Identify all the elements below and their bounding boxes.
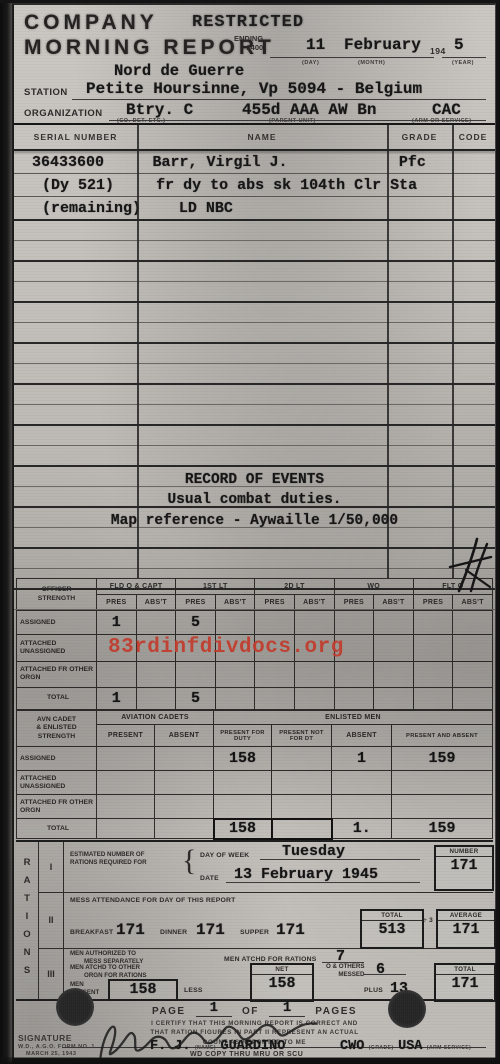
rations-vertical-label: RATIONS [16,842,39,999]
handwritten-check-mark [446,536,494,594]
form-header: COMPANY RESTRICTED MORNING REPORT ENDING… [14,5,495,123]
roster-table: SERIAL NUMBER NAME GRADE CODE 36433600 B… [14,123,495,578]
roster-header-row: SERIAL NUMBER NAME GRADE CODE [14,125,495,151]
enlisted-men-group: ENLISTED MEN [214,711,493,725]
number-box: NUMBER 171 [434,845,494,891]
column-divider [387,125,389,578]
em-absent-header: ABSENT [332,725,392,747]
blank-ruled-line [14,323,495,344]
blank-ruled-line [14,528,495,549]
blank-ruled-line [14,364,495,385]
company-title: COMPANY [24,11,158,35]
entry-name: Barr, Virgil J. [142,154,376,171]
org-service-value: CAC [432,101,461,119]
entry-grade: Pfc [377,154,457,171]
divide-by-three: ÷ 3 [423,917,433,925]
day-of-week-label: DAY OF WEEK [200,852,249,859]
blank-ruled-line [14,303,495,323]
supper-label: SUPPER [240,929,269,936]
column-divider [137,125,139,578]
men-present-box: 158 [108,979,178,1001]
blank-ruled-line [14,590,495,610]
record-of-events-title-line: RECORD OF EVENTS [14,467,495,487]
roster-entry-row: (remaining) LD NBC [14,197,495,221]
enlisted-attached-fr-row: ATTACHED FR OTHER ORGN [17,795,493,819]
morning-report-scan: COMPANY RESTRICTED MORNING REPORT ENDING… [0,0,500,1064]
roster-entry-row: (Dy 521) fr dy to abs sk 104th Clr Sta [14,174,495,197]
rations-content: ESTIMATED NUMBER OF RATIONS REQUIRED FOR… [64,842,493,999]
year-digit: 5 [454,36,464,54]
enlisted-strength-corner: AVN CADET & ENLISTED STRENGTH [17,711,97,747]
blank-ruled-line [14,221,495,241]
numeral-ii: II [39,893,63,949]
scan-top-edge [0,0,500,3]
entry-serial: 36433600 [14,154,142,171]
day-sublabel: (DAY) [302,60,319,66]
org-unit-value: Btry. C [126,101,193,119]
record-of-events-entry: Usual combat duties. [167,492,341,508]
year-underline [442,35,486,58]
ac-present-header: PRESENT [97,725,155,747]
em-present-and-absent-header: PRESENT AND ABSENT [392,725,493,747]
roster-entry-row: 36433600 Barr, Virgil J. Pfc [14,151,495,174]
em-present-for-duty-header: PRESENT FOR DUTY [214,725,272,747]
officer-attached-fr-row: ATTACHED FR OTHER ORGN [17,661,493,687]
rations-part-iii: MEN AUTHORIZED TO MESS SEPARATELY MEN AT… [64,949,493,999]
em-present-not-for-duty-header: PRESENT NOT FOR DT [272,725,332,747]
atchd-other-orgn-label: MEN ATCHD TO OTHER ORGN FOR RATIONS [70,964,146,980]
rations-total-box: TOTAL 171 [434,963,496,1002]
ending-label: ENDING 2400 [234,34,263,52]
blank-ruled-line [14,446,495,467]
plus-label: PLUS [364,987,383,994]
dinner-value: 171 [196,921,225,939]
rations-numerals: I II III [39,842,64,999]
month-value: February [344,36,421,54]
serial-number-header: SERIAL NUMBER [14,132,137,142]
estimated-rations-label: ESTIMATED NUMBER OF RATIONS REQUIRED FOR [70,851,147,867]
name-header: NAME [137,132,387,142]
day-value: 11 [306,36,325,54]
month-sublabel: (MONTH) [358,60,385,66]
scan-bottom-edge [0,1057,500,1064]
grade-sublabel: (GRADE) [369,1045,394,1051]
numeral-iii: III [39,949,63,999]
blank-ruled-line [14,385,495,405]
blank-ruled-line [14,569,495,590]
mess-total-box: TOTAL 513 [360,909,424,949]
blank-ruled-line [14,262,495,282]
breakfast-label: BREAKFAST [70,929,113,936]
enlisted-assigned-row: ASSIGNED 158 1 159 [17,747,493,771]
entry-serial: (remaining) [14,200,151,217]
supper-value: 171 [276,921,305,939]
mess-attendance-title: MESS ATTENDANCE FOR DAY OF THIS REPORT [70,897,235,904]
rations-section: RATIONS I II III ESTIMATED NUMBER OF RAT… [16,840,493,1001]
grade-value: CWO [340,1039,364,1054]
station-value: Petite Hoursinne, Vp 5094 - Belgium [86,80,422,98]
column-divider [452,125,454,578]
blank-ruled-line [14,282,495,303]
others-messed-label: O & OTHERS MESSED [326,963,365,979]
blank-ruled-line [14,344,495,364]
service-sublabel: (ARM SERVICE) [427,1045,471,1051]
blank-ruled-line [14,426,495,446]
restricted-stamp: RESTRICTED [192,13,304,32]
less-label: LESS [184,987,203,994]
dow-underline [260,844,420,860]
ac-absent-header: ABSENT [155,725,214,747]
aviation-cadets-group: AVIATION CADETS [97,711,214,725]
rations-part-i: ESTIMATED NUMBER OF RATIONS REQUIRED FOR… [64,842,493,893]
record-of-events-entry: Map reference - Aywaille 1/50,000 [111,513,398,529]
punch-hole [388,990,426,1028]
form-number: W.D., A.G.O. FORM NO. 1 [18,1044,95,1050]
record-of-events-line: Usual combat duties. [14,487,495,508]
record-of-events-line: Map reference - Aywaille 1/50,000 [14,508,495,528]
year-sublabel: (YEAR) [452,60,474,66]
station-label: STATION [24,87,68,98]
messed-underline [364,963,406,975]
date-label: DATE [200,875,219,882]
grid-note: Nord de Guerre [114,62,244,80]
code-header: CODE [452,132,494,142]
dinner-label: DINNER [160,929,187,936]
scan-left-edge [0,0,12,1064]
men-atchd-rations-label: MEN ATCHD FOR RATIONS [224,956,316,963]
entry-serial: (Dy 521) [14,177,144,194]
date-underline2 [226,867,420,883]
enlisted-strength-table: AVN CADET & ENLISTED STRENGTH AVIATION C… [16,710,493,840]
blank-ruled-line [14,549,495,569]
rations-part-ii: MESS ATTENDANCE FOR DAY OF THIS REPORT B… [64,893,493,949]
org-parent-value: 455d AAA AW Bn [242,101,376,119]
grade-header: GRADE [387,132,452,142]
brace: { [182,844,196,878]
breakfast-value: 171 [116,921,145,939]
numeral-i: I [39,842,63,893]
officer-total-row: TOTAL 1 5 [17,687,493,709]
paper: COMPANY RESTRICTED MORNING REPORT ENDING… [12,3,496,1058]
service-value: USA [398,1039,422,1054]
archive-watermark: 83rdinfdivdocs.org [108,636,344,659]
organization-label: ORGANIZATION [24,108,103,119]
grade-service-typed: CWO (GRADE) USA (ARM SERVICE) [340,1036,471,1054]
record-of-events-title: RECORD OF EVENTS [185,472,324,488]
year-prefix: 194 [430,46,446,56]
enlisted-attached-unassigned-row: ATTACHED UNASSIGNED [17,771,493,795]
entry-name: fr dy to abs sk 104th Clr Sta [144,177,406,194]
officer-assigned-row: ASSIGNED 1 5 [17,611,493,635]
blank-ruled-line [14,405,495,426]
average-box: AVERAGE 171 [436,909,496,949]
enlisted-total-row: TOTAL 158 1. 159 [17,819,493,839]
blank-ruled-line [14,241,495,262]
entry-name: LD NBC [151,200,400,217]
